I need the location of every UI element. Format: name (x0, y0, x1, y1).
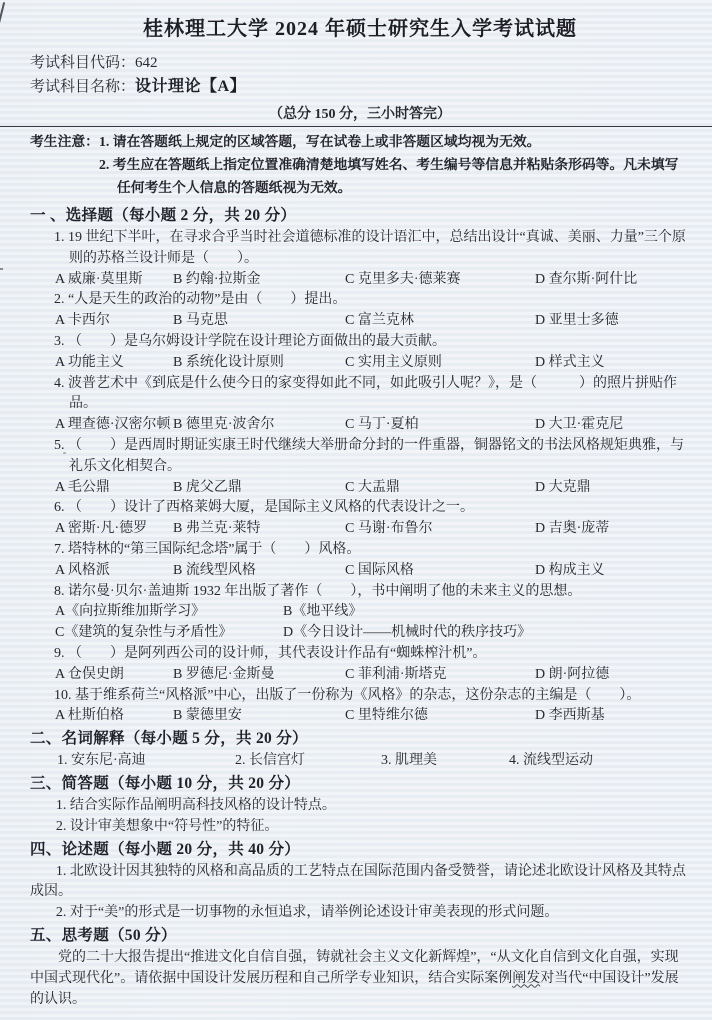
option: D 大克鼎 (535, 478, 690, 499)
option: B 系统化设计原则 (173, 353, 345, 374)
option-row: A 理查德·汉密尔顿B 德里克·波舍尔C 马丁·夏柏D 大卫·霍克尼 (55, 415, 690, 436)
term-item: 3. 肌理美 (381, 751, 509, 772)
scan-artifact-speck (63, 452, 66, 454)
question-text: 4. 波普艺术中《到底是什么使今日的家变得如此不同，如此吸引人呢？》，是（ ）的… (54, 374, 690, 416)
term-item: 1. 安东尼·高迪 (57, 751, 235, 772)
option: D《今日设计——机械时代的秩序技巧》 (283, 623, 690, 644)
option-row: A 威廉·莫里斯B 约翰·拉斯金C 克里多夫·德莱赛D 查尔斯·阿什比 (55, 270, 690, 291)
option: B 马克思 (173, 311, 345, 332)
section-1: 一 、选择题（每小题 2 分，共 20 分）1. 19 世纪下半叶，在寻求合乎当… (30, 204, 690, 727)
section-title: 一 、选择题（每小题 2 分，共 20 分） (30, 204, 690, 228)
option: A 功能主义 (55, 353, 173, 374)
option: D 查尔斯·阿什比 (535, 270, 690, 291)
option: D 样式主义 (535, 353, 690, 374)
subject-code-line: 考试科目代码：642 (30, 52, 690, 75)
exam-body: 一 、选择题（每小题 2 分，共 20 分）1. 19 世纪下半叶，在寻求合乎当… (30, 204, 690, 1010)
option: D 构成主义 (535, 561, 690, 582)
exam-paper: 桂林理工大学 2024 年硕士研究生入学考试试题 考试科目代码：642 考试科目… (0, 0, 712, 1010)
candidate-notice: 考生注意： 1. 请在答题纸上规定的区域答题，写在试卷上或非答题区域均视为无效。… (30, 130, 690, 199)
question-text: 5. （ ）是西周时期证实康王时代继续大举册命分封的一件重器，铜器铭文的书法风格… (54, 436, 690, 478)
option: C 克里多夫·德莱赛 (345, 270, 535, 291)
option: B 流线型风格 (173, 561, 345, 582)
section-3: 三、简答题（每小题 10 分，共 20 分）1. 结合实际作品阐明高科技风格的设… (30, 772, 690, 838)
essay-paragraph: 党的二十大报告提出“推进文化自信自强，铸就社会主义文化新辉煌”，“从文化自信到文… (30, 948, 690, 1010)
option: D 大卫·霍克尼 (535, 415, 690, 436)
option-row: A 密斯·凡·德罗B 弗兰克·莱特C 马谢·布鲁尔D 吉奥·庞蒂 (55, 519, 690, 540)
option: A 风格派 (55, 561, 173, 582)
option: A 杜斯伯格 (55, 706, 173, 727)
option: D 朗·阿拉德 (535, 665, 690, 686)
option: C 马丁·夏柏 (345, 415, 535, 436)
option: A 威廉·莫里斯 (55, 270, 173, 291)
option: B 弗兰克·莱特 (173, 519, 345, 540)
subject-code-label: 考试科目代码： (30, 55, 135, 71)
terms-row: 1. 安东尼·高迪2. 长信宫灯3. 肌理美4. 流线型运动 (57, 751, 690, 772)
option: B 罗德尼·金斯曼 (173, 665, 345, 686)
option-row: A 仓俣史朗B 罗德尼·金斯曼C 菲利浦·斯塔克D 朗·阿拉德 (55, 665, 690, 686)
option-row: A 卡西尔B 马克思C 富兰克林D 亚里士多德 (55, 311, 690, 332)
option: B 德里克·波舍尔 (173, 415, 345, 436)
option: C 国际风格 (345, 561, 535, 582)
question-text: 8. 诺尔曼·贝尔·盖迪斯 1932 年出版了著作（ ），书中阐明了他的未来主义… (54, 582, 690, 603)
option: A 密斯·凡·德罗 (55, 519, 173, 540)
list-item: 2. 设计审美想象中“符号性”的特征。 (30, 817, 690, 838)
list-item: 1. 北欧设计因其独特的风格和高品质的工艺特点在国际范围内备受赞誉，请论述北欧设… (30, 862, 690, 904)
option: B《地平线》 (283, 602, 690, 623)
duration-note: （总分 150 分，三小时答完） (30, 104, 690, 125)
section-title: 二、名词解释（每小题 5 分，共 20 分） (30, 727, 690, 751)
option: C 大盂鼎 (345, 478, 535, 499)
option-row: A 功能主义B 系统化设计原则C 实用主义原则D 样式主义 (55, 353, 690, 374)
subject-name-line: 考试科目名称：设计理论【A】 (30, 75, 690, 99)
section-2: 二、名词解释（每小题 5 分，共 20 分）1. 安东尼·高迪2. 长信宫灯3.… (30, 727, 690, 772)
subject-name-label: 考试科目名称： (30, 79, 135, 95)
question-text: 10. 基于维系荷兰“风格派”中心，出版了一份称为《风格》的杂志，这份杂志的主编… (54, 686, 690, 707)
notice-item: 1. 请在答题纸上规定的区域答题，写在试卷上或非答题区域均视为无效。 (99, 130, 690, 153)
option: C 实用主义原则 (345, 353, 535, 374)
option: C《建筑的复杂性与矛盾性》 (55, 623, 283, 644)
question-text: 3. （ ）是乌尔姆设计学院在设计理论方面做出的最大贡献。 (54, 332, 690, 353)
subject-code-value: 642 (135, 55, 158, 71)
option-row: A《向拉斯维加斯学习》B《地平线》C《建筑的复杂性与矛盾性》D《今日设计——机械… (55, 602, 690, 644)
underlined-word: 阐发 (512, 971, 540, 986)
question-text: 9. （ ）是阿列西公司的设计师，其代表设计作品有“蜘蛛榨汁机”。 (54, 644, 690, 665)
option: C 富兰克林 (345, 311, 535, 332)
option: D 亚里士多德 (535, 311, 690, 332)
list-item: 1. 结合实际作品阐明高科技风格的设计特点。 (30, 796, 690, 817)
section-title: 三、简答题（每小题 10 分，共 20 分） (30, 772, 690, 796)
option-row: A 风格派B 流线型风格C 国际风格D 构成主义 (55, 561, 690, 582)
option: A《向拉斯维加斯学习》 (55, 602, 283, 623)
option: B 虎父乙鼎 (173, 478, 345, 499)
list-item: 2. 对于“美”的形式是一切事物的永恒追求，请举例论述设计审美表现的形式问题。 (30, 903, 690, 924)
section-5: 五、思考题（50 分）党的二十大报告提出“推进文化自信自强，铸就社会主义文化新辉… (30, 924, 690, 1010)
section-title: 四、论述题（每小题 20 分，共 40 分） (30, 838, 690, 862)
term-item: 4. 流线型运动 (509, 751, 690, 772)
option: C 菲利浦·斯塔克 (345, 665, 535, 686)
section-4: 四、论述题（每小题 20 分，共 40 分）1. 北欧设计因其独特的风格和高品质… (30, 838, 690, 924)
question-text: 2. “人是天生的政治的动物”是由（ ）提出。 (54, 290, 690, 311)
option-row: A 毛公鼎B 虎父乙鼎C 大盂鼎D 大克鼎 (55, 478, 690, 499)
option-row: A 杜斯伯格B 蒙德里安C 里特维尔德D 李西斯基 (55, 706, 690, 727)
option: A 仓俣史朗 (55, 665, 173, 686)
question-text: 7. 塔特林的“第三国际纪念塔”属于（ ）风格。 (54, 540, 690, 561)
option: B 约翰·拉斯金 (173, 270, 345, 291)
scan-artifact-speck (0, 268, 3, 270)
option: C 里特维尔德 (345, 706, 535, 727)
notice-items: 1. 请在答题纸上规定的区域答题，写在试卷上或非答题区域均视为无效。2. 考生应… (99, 130, 690, 199)
header-divider (0, 126, 712, 127)
option: A 理查德·汉密尔顿 (55, 415, 173, 436)
option: C 马谢·布鲁尔 (345, 519, 535, 540)
notice-label: 考生注意： (30, 130, 99, 199)
question-text: 1. 19 世纪下半叶，在寻求合乎当时社会道德标准的设计语汇中，总结出设计“真诚… (54, 228, 690, 270)
option: D 吉奥·庞蒂 (535, 519, 690, 540)
question-text: 6. （ ）设计了西格莱姆大厦，是国际主义风格的代表设计之一。 (54, 498, 690, 519)
option: B 蒙德里安 (173, 706, 345, 727)
subject-name-value: 设计理论【A】 (135, 78, 246, 95)
option: D 李西斯基 (535, 706, 690, 727)
section-title: 五、思考题（50 分） (30, 924, 690, 948)
term-item: 2. 长信宫灯 (235, 751, 381, 772)
option: A 卡西尔 (55, 311, 173, 332)
option: A 毛公鼎 (55, 478, 173, 499)
exam-title: 桂林理工大学 2024 年硕士研究生入学考试试题 (30, 16, 690, 42)
notice-item: 2. 考生应在答题纸上指定位置准确清楚地填写姓名、考生编号等信息并粘贴条形码等。… (99, 153, 690, 199)
